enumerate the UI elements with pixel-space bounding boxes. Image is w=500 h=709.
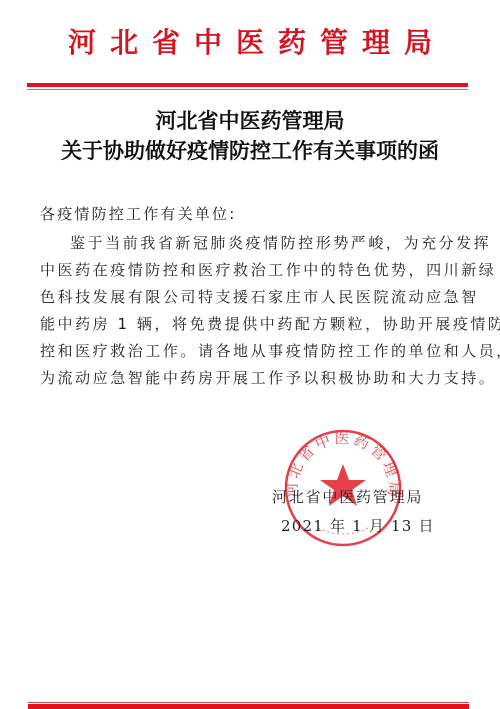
footer-red-rule <box>28 704 469 709</box>
letterhead-thin-rule <box>27 89 468 90</box>
body-line: 鉴于当前我省新冠肺炎疫情防控形势严峻，为充分发挥 <box>70 232 491 254</box>
footer-thin-rule <box>28 702 469 703</box>
signature-date: 2021 年 1 月 13 日 <box>281 515 435 537</box>
salutation: 各疫情防控工作有关单位: <box>40 202 236 226</box>
body-line: 为流动应急智能中药房开展工作予以积极协助和大力支持。 <box>40 367 496 389</box>
body-line: 控和医疗救治工作。请各地从事疫情防控工作的单位和人员， <box>40 340 500 362</box>
document-title-line-2: 关于协助做好疫情防控工作有关事项的函 <box>0 136 500 166</box>
body-line: 色科技发展有限公司特支援石家庄市人民医院流动应急智 <box>40 286 479 308</box>
letterhead-red-rule <box>27 83 468 87</box>
signature-org: 河北省中医药管理局 <box>272 486 423 508</box>
document-title-line-1: 河北省中医药管理局 <box>0 106 500 136</box>
letterhead-org-name: 河北省中医药管理局 <box>0 26 500 60</box>
body-line: 能中药房 1 辆，将免费提供中药配方颗粒，协助开展疫情防 <box>40 313 500 335</box>
body-line: 中医药在疫情防控和医疗救治工作中的特色优势，四川新绿 <box>40 259 496 281</box>
